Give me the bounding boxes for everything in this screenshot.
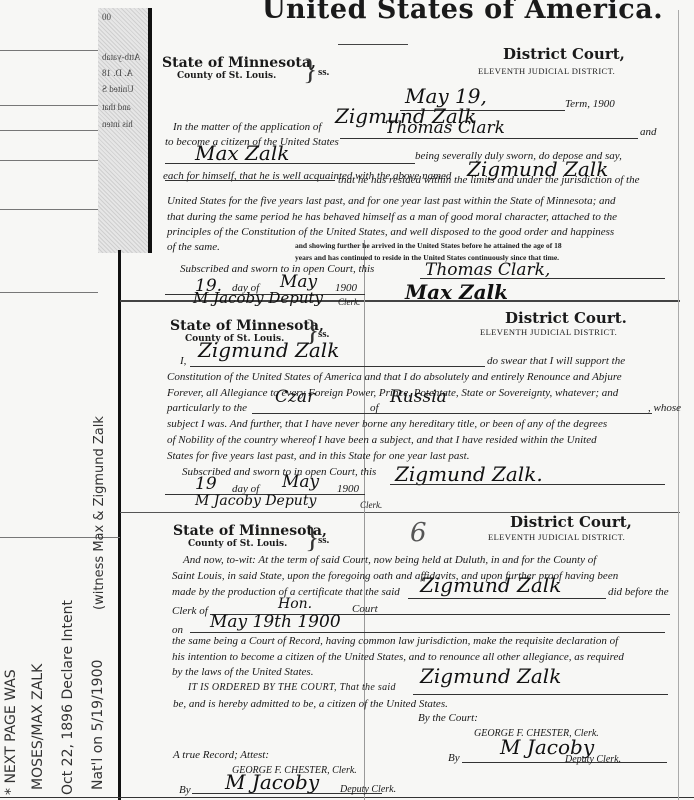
term-label: Term, 1900 [565, 98, 615, 110]
stub-text: his inten [102, 119, 133, 129]
witness1-name-handwritten: Thomas Clark [385, 118, 505, 138]
by-label: By [448, 752, 460, 764]
stub-text: Attb-yatab [102, 52, 141, 62]
rule-line [0, 292, 98, 293]
witness2-name-handwritten: Max Zalk [195, 141, 289, 165]
witness1-signature-handwritten: Thomas Clark, [425, 260, 550, 280]
margin-note: Nat'l on 5/19/1900 [90, 660, 106, 790]
blank-line [340, 138, 638, 139]
particularly-label: particularly to the [167, 402, 247, 414]
title-underline [338, 44, 408, 45]
blank-line [165, 180, 335, 181]
stub-text: A. D. 18 [102, 68, 133, 78]
year-label: 1900 [335, 282, 357, 294]
clerk-of-label: Clerk of [172, 605, 208, 617]
i-label: I, [180, 355, 186, 367]
ss-label: ss. [318, 66, 329, 78]
paragraph-line: be, and is hereby admitted to be, a citi… [173, 698, 448, 710]
state-label: State of Minnesota, [170, 318, 324, 334]
oath-text: do swear that I will support the [487, 355, 625, 367]
rule-line [0, 130, 98, 131]
subscribed-text: Subscribed and sworn to in open Court, t… [180, 263, 374, 275]
and-text: and [640, 126, 657, 138]
date-handwritten: May 19th 1900 [210, 612, 341, 632]
court-name: District Court, [510, 513, 632, 531]
ss-label: ss. [318, 534, 329, 546]
signature-line [390, 484, 665, 485]
month-handwritten: May [282, 472, 319, 492]
judicial-district: ELEVENTH JUDICIAL DISTRICT. [480, 327, 617, 337]
ruler-handwritten: Czar [275, 387, 315, 407]
declarant-name-handwritten: Zigmund Zalk [198, 338, 339, 362]
margin-note: * NEXT PAGE WAS [3, 669, 19, 795]
attest-signature-handwritten: M Jacoby [225, 770, 319, 794]
declarant-signature-handwritten: Zigmund Zalk. [395, 462, 543, 486]
blank-line [252, 413, 652, 414]
state-label: State of Minnesota, [162, 55, 316, 71]
court-name: District Court. [505, 309, 627, 327]
paragraph-line: States for five years last past, and in … [167, 450, 469, 462]
day-handwritten: 19 [195, 474, 217, 494]
blank-line [408, 598, 606, 599]
application-text: In the matter of the application of [173, 121, 321, 133]
ordered-text: IT IS ORDERED BY THE COURT, That the sai… [188, 682, 396, 693]
paragraph-line: principles of the Constitution of the Un… [167, 226, 614, 238]
stub-text: United S [102, 84, 134, 94]
by-court-label: By the Court: [418, 712, 478, 724]
paragraph-line: Constitution of the United States of Ame… [167, 371, 622, 383]
state-label: State of Minnesota, [173, 523, 327, 539]
paragraph-line: United States for the five years last pa… [167, 195, 616, 207]
judicial-district: ELEVENTH JUDICIAL DISTRICT. [488, 532, 625, 542]
applicant-name-handwritten: Zigmund Zalk [420, 573, 561, 597]
judicial-district: ELEVENTH JUDICIAL DISTRICT. [478, 66, 615, 76]
true-record-label: A true Record; Attest: [173, 749, 269, 761]
blank-line [190, 366, 485, 367]
paragraph-line: of Nobility of the country whereof I hav… [167, 434, 597, 446]
paragraph-line: subject I was. And further, that I have … [167, 418, 607, 430]
rule-line [0, 50, 98, 51]
margin-note: (witness Max & Zigmund Zalk [92, 416, 107, 610]
section1-venue: State of Minnesota, County of St. Louis. [162, 55, 316, 81]
paragraph-line: And now, to-wit: At the term of said Cou… [183, 554, 596, 566]
fold-crease [364, 240, 365, 800]
blank-line [190, 632, 665, 633]
clerk-signature-handwritten: M Jacoby Deputy [195, 493, 316, 509]
deputy-clerk-label: Deputy Clerk. [565, 754, 621, 765]
brace: } [303, 55, 317, 85]
attest-by-label: By [179, 784, 191, 796]
document-title: United States of America. [262, 0, 663, 25]
rule-line [0, 105, 98, 106]
signature-line [420, 278, 665, 279]
rule-line [0, 209, 98, 210]
page-bottom-rule [0, 797, 694, 798]
blank-line [413, 694, 668, 695]
stub-text: and that [102, 102, 131, 112]
clerk-label: Clerk. [338, 297, 360, 307]
whose-text: , whose [648, 402, 681, 414]
country-handwritten: Russia [390, 387, 447, 407]
court-handwritten: Hon. [278, 596, 312, 612]
stub-text: 00 [102, 12, 111, 22]
witness2-signature-handwritten: Max Zalk [405, 280, 508, 304]
clerk-signature-handwritten: M Jacoby Deputy [193, 289, 323, 307]
margin-note: Oct 22, 1896 Declare Intent [60, 600, 76, 795]
clerk-label: Clerk. [360, 500, 382, 510]
blank-line [165, 163, 415, 164]
admitted-name-handwritten: Zigmund Zalk [420, 664, 561, 688]
stamp-text: and showing further he arrived in the Un… [295, 241, 562, 250]
residence-text: that he has resided within the limits an… [338, 174, 639, 186]
binder-spine [118, 250, 121, 800]
section3-venue: State of Minnesota, County of St. Louis. [173, 523, 327, 549]
court-name: District Court, [503, 45, 625, 63]
binder-stub: 00 Attb-yatab A. D. 18 United S and that… [98, 8, 152, 253]
county-label: County of St. Louis. [177, 71, 316, 81]
page-mark-handwritten: 6 [410, 518, 427, 548]
paragraph-line: by the laws of the United States. [172, 666, 313, 678]
did-before-text: did before the [608, 586, 669, 598]
attest-deputy-label: Deputy Clerk. [340, 784, 396, 795]
paragraph-line: his intention to become a citizen of the… [172, 651, 624, 663]
paragraph-line: that during the same period he has behav… [167, 211, 617, 223]
margin-note: MOSES/MAX ZALK [30, 664, 46, 790]
paragraph-line: of the same. [167, 241, 220, 253]
paragraph-line: the same being a Court of Record, having… [172, 635, 618, 647]
rule-line [0, 160, 98, 161]
